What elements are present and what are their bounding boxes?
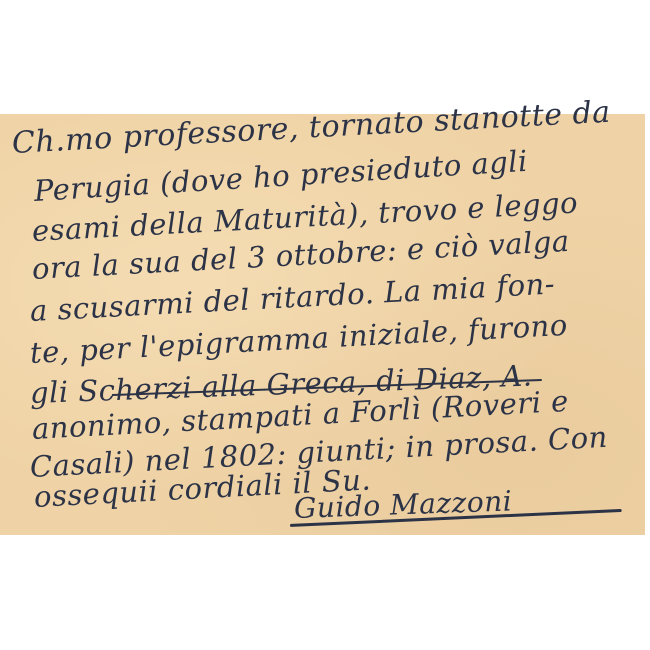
postcard: Ch.mo professore, tornato stanotte da Pe… (0, 114, 645, 535)
letter-line-1: Ch.mo professore, tornato stanotte da (11, 93, 637, 161)
